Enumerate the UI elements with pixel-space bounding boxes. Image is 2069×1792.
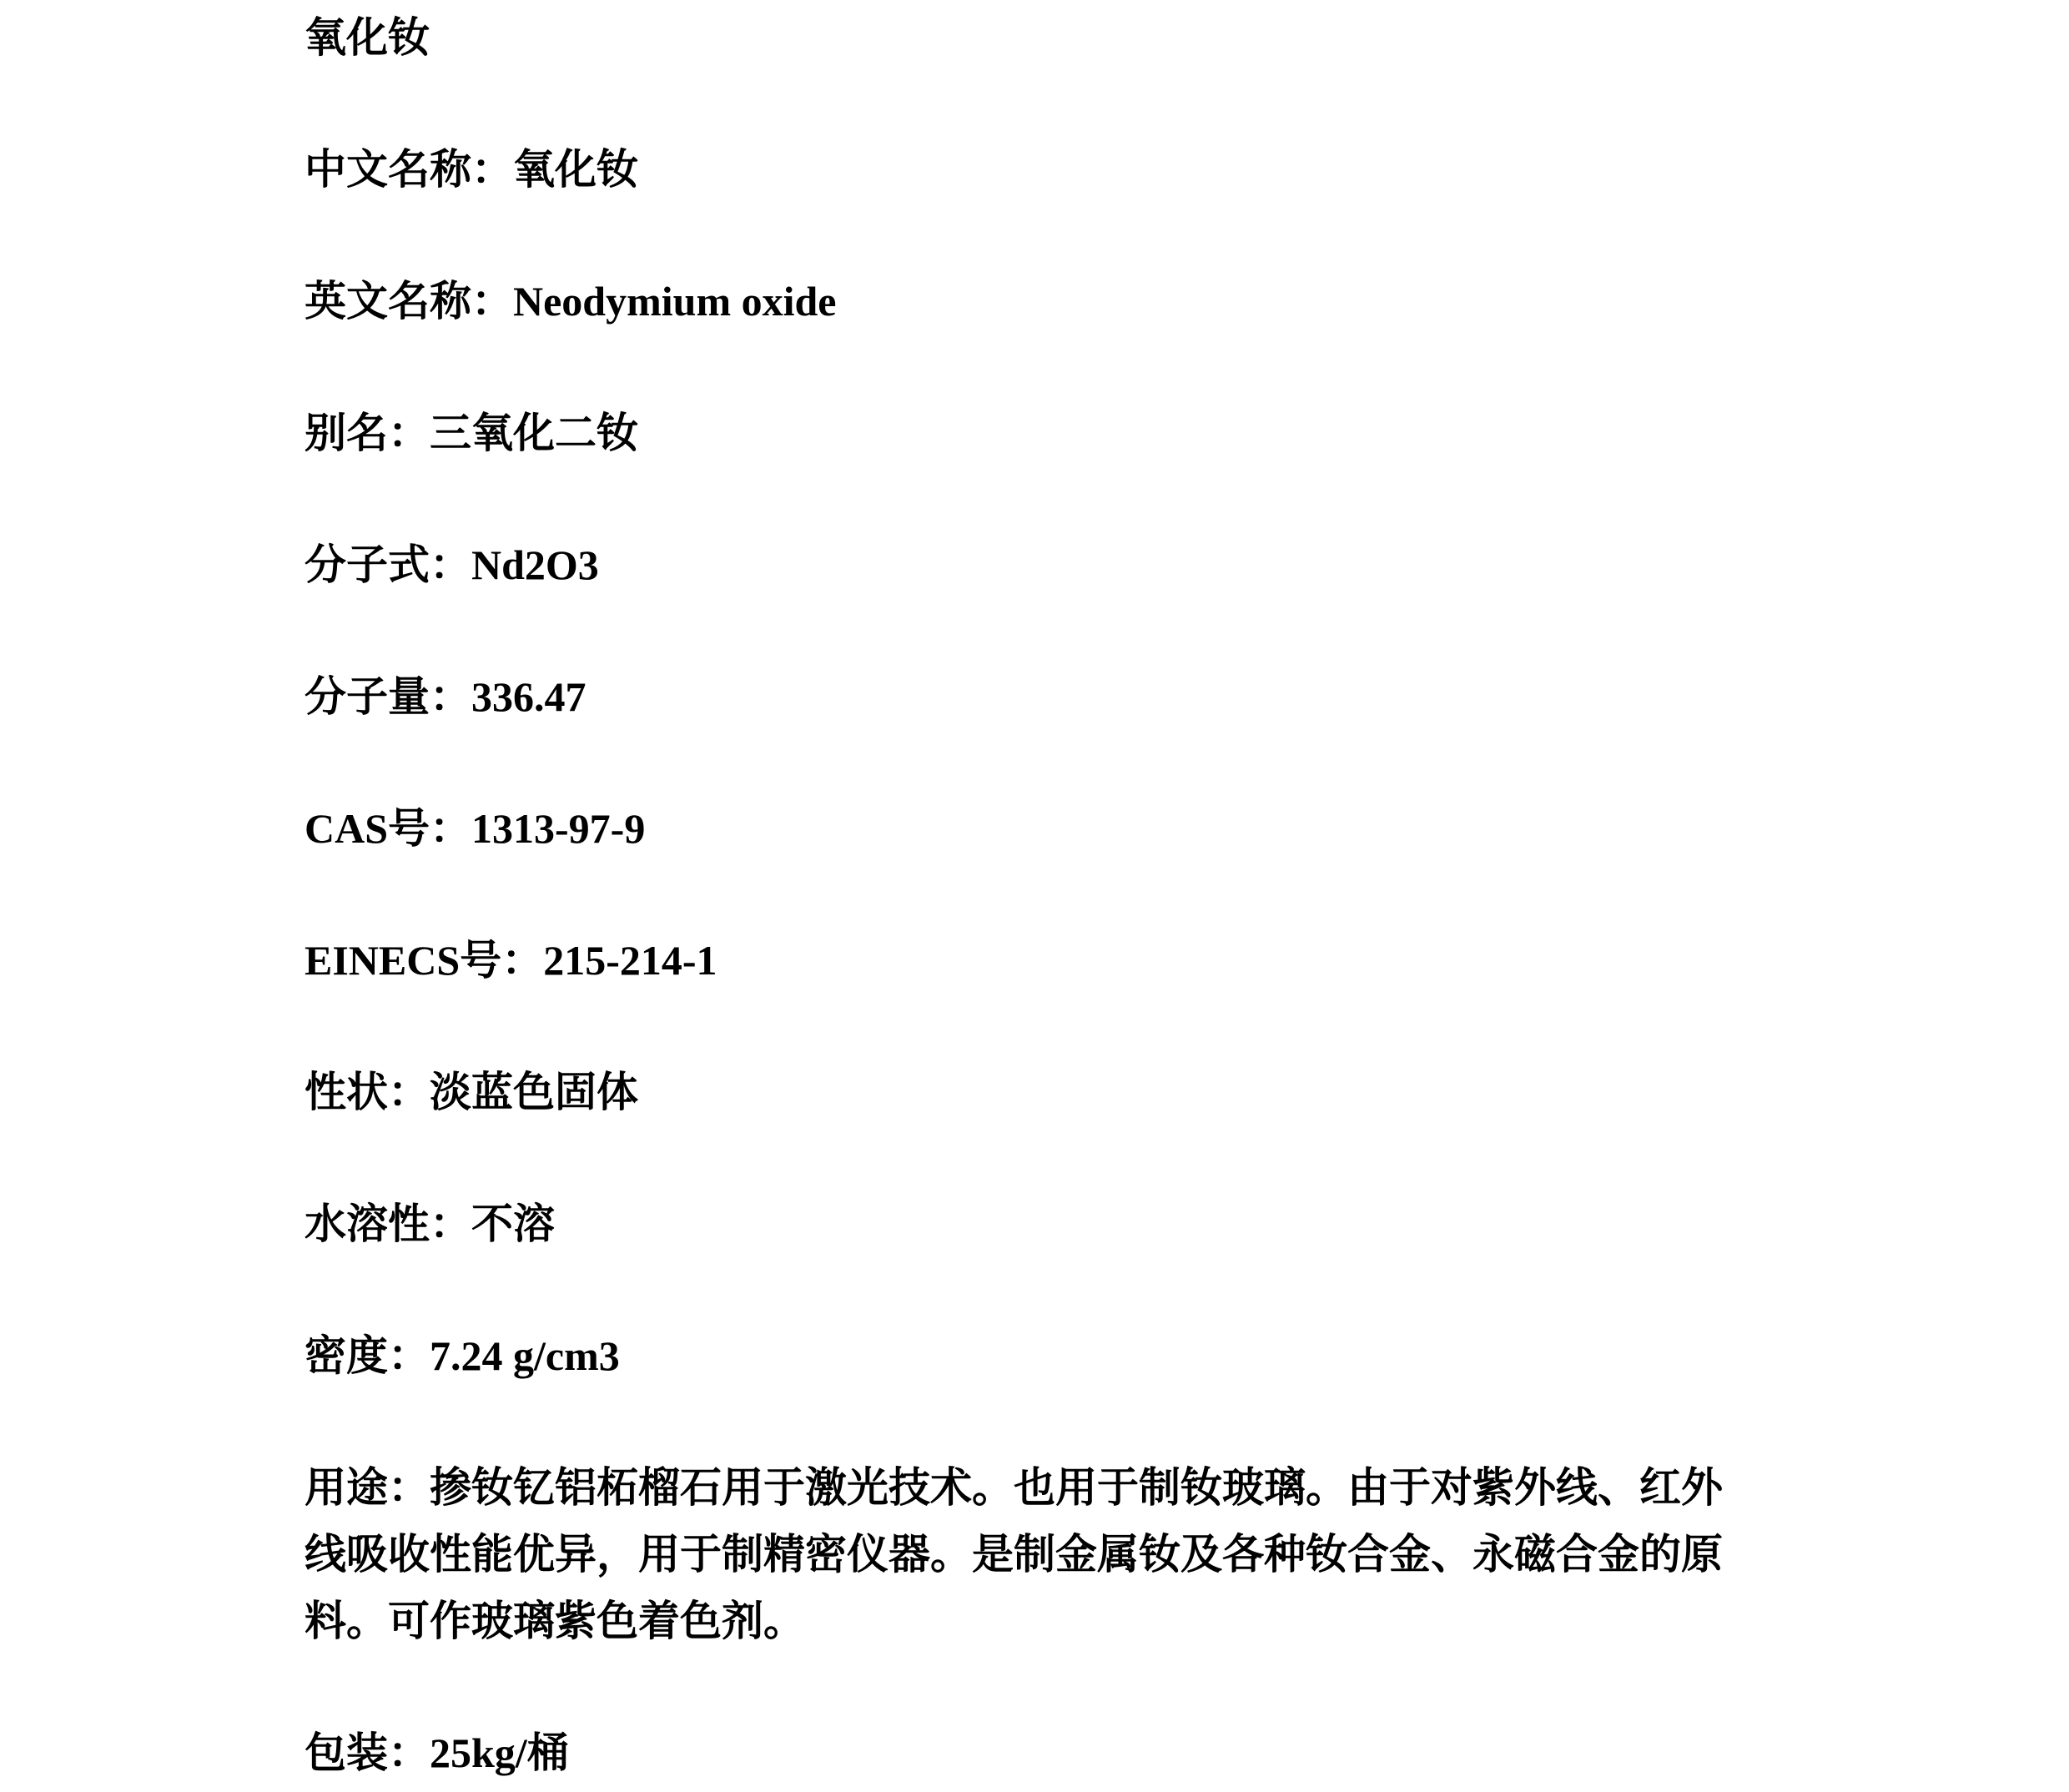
- property-value: 不溶: [471, 1201, 555, 1247]
- property-value: Nd2O3: [471, 541, 599, 588]
- property-row-water-solubility: 水溶性：不溶: [305, 1190, 1723, 1257]
- property-row-molecular-formula: 分子式：Nd2O3: [305, 531, 1723, 598]
- property-label: 包装: [305, 1729, 388, 1776]
- property-label: 性状: [305, 1069, 388, 1115]
- property-value: 336.47: [471, 673, 586, 720]
- property-label: 中文名称: [305, 146, 471, 193]
- property-value: 7.24 g/cm3: [430, 1332, 620, 1379]
- property-value: 三氧化二钕: [430, 410, 638, 456]
- property-value: 掺钕钇铝柘榴石用于激光技术。也用于制钕玻璃。由于对紫外线、红外线吸收性能优异，用…: [305, 1464, 1723, 1644]
- property-label: CAS号: [305, 805, 430, 852]
- property-value: Neodymium oxide: [513, 278, 837, 325]
- property-value: 1313-97-9: [471, 805, 645, 852]
- property-row-packaging: 包装：25kg/桶: [305, 1719, 1723, 1786]
- property-label: 分子量: [305, 673, 430, 720]
- property-row-alias: 别名：三氧化二钕: [305, 400, 1723, 466]
- colon-separator: ：: [388, 1332, 430, 1379]
- colon-separator: ：: [430, 1201, 471, 1247]
- property-label: 别名: [305, 410, 388, 456]
- colon-separator: ：: [501, 937, 543, 984]
- property-value: 215-214-1: [543, 937, 717, 984]
- property-row-uses: 用途：掺钕钇铝柘榴石用于激光技术。也用于制钕玻璃。由于对紫外线、红外线吸收性能优…: [305, 1454, 1723, 1654]
- property-value: 25kg/桶: [430, 1729, 569, 1776]
- colon-separator: ：: [388, 410, 430, 456]
- property-value: 氧化钕: [513, 146, 638, 193]
- colon-separator: ：: [388, 1729, 430, 1776]
- colon-separator: ：: [388, 1464, 430, 1511]
- property-row-einecs-number: EINECS号：215-214-1: [305, 927, 1723, 994]
- document-page: 氧化钕 中文名称：氧化钕 英文名称：Neodymium oxide 别名：三氧化…: [0, 0, 2069, 1792]
- property-row-english-name: 英文名称：Neodymium oxide: [305, 268, 1723, 335]
- property-row-chinese-name: 中文名称：氧化钕: [305, 136, 1723, 203]
- colon-separator: ：: [430, 673, 471, 720]
- property-label: 水溶性: [305, 1201, 430, 1247]
- colon-separator: ：: [471, 278, 513, 325]
- property-label: EINECS号: [305, 937, 501, 984]
- property-row-appearance: 性状：淡蓝色固体: [305, 1059, 1723, 1125]
- property-row-density: 密度：7.24 g/cm3: [305, 1322, 1723, 1389]
- colon-separator: ：: [430, 805, 471, 852]
- document-title: 氧化钕: [305, 4, 1723, 71]
- colon-separator: ：: [471, 146, 513, 193]
- property-label: 分子式: [305, 541, 430, 588]
- colon-separator: ：: [430, 541, 471, 588]
- property-label: 英文名称: [305, 278, 471, 325]
- property-label: 密度: [305, 1332, 388, 1379]
- property-label: 用途: [305, 1464, 388, 1511]
- property-value: 淡蓝色固体: [430, 1069, 638, 1115]
- colon-separator: ：: [388, 1069, 430, 1115]
- property-row-molecular-weight: 分子量：336.47: [305, 663, 1723, 730]
- property-row-cas-number: CAS号：1313-97-9: [305, 795, 1723, 862]
